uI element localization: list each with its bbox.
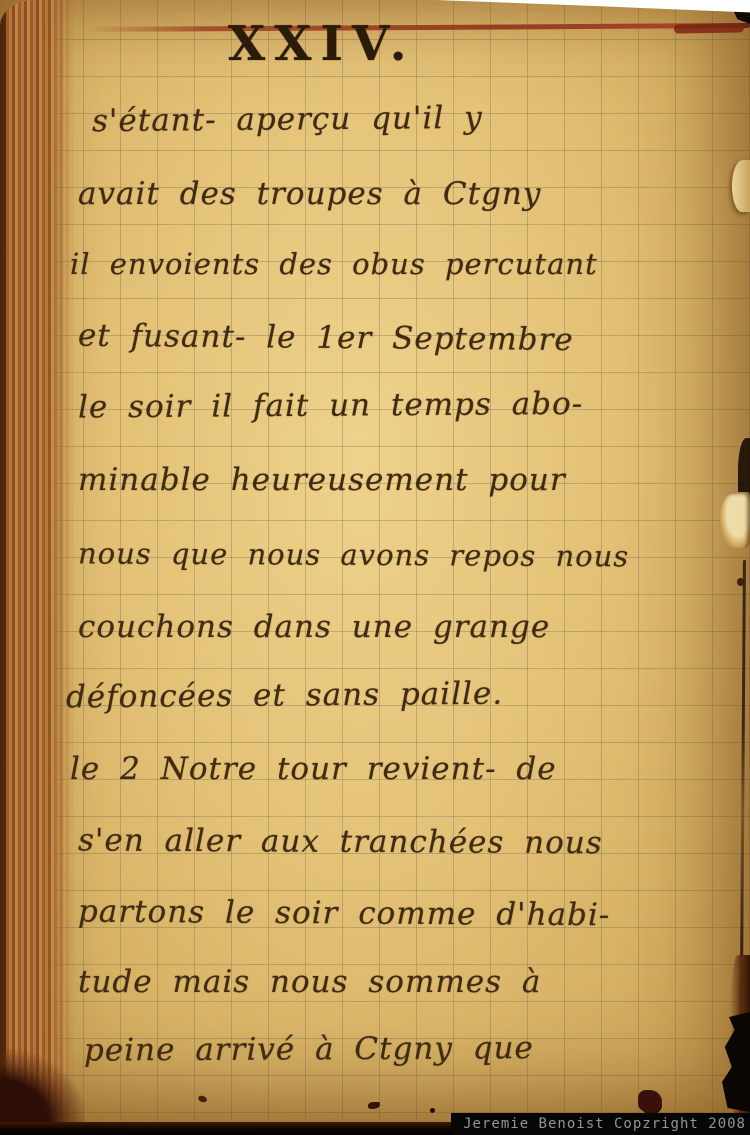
handwritten-line: avait des troupes à Ctgny	[0, 176, 750, 212]
handwritten-line: minable heureusement pour	[0, 462, 750, 498]
notebook-photo: XXIV. s'étant- aperçu qu'il y avait des …	[0, 0, 750, 1135]
paper-crumple-right-mid	[720, 492, 750, 548]
stain-bottom-left-corner	[0, 1049, 85, 1129]
chapter-heading: XXIV.	[0, 16, 750, 72]
handwritten-line: s'étant- aperçu qu'il y	[0, 97, 750, 140]
handwritten-line: s'en aller aux tranchées nous	[0, 822, 750, 862]
handwritten-line: défoncées et sans paille.	[0, 673, 750, 716]
handwritten-line: il envoients des obus percutant	[0, 247, 750, 281]
handwritten-line: et fusant- le 1er Septembre	[0, 317, 750, 360]
paper-crumple-right-upper	[732, 160, 750, 212]
handwritten-line: partons le soir comme d'habi-	[0, 893, 750, 934]
copyright-watermark: Jeremie Benoist Copzright 2008	[463, 1116, 746, 1132]
handwritten-line: le soir il fait un temps abo-	[0, 385, 750, 426]
ink-speck	[430, 1108, 435, 1113]
handwritten-line: le 2 Notre tour revient- de	[0, 751, 750, 787]
ink-speck	[638, 1090, 662, 1112]
red-smudge-top-right	[674, 23, 744, 33]
ink-speck	[737, 578, 744, 586]
handwritten-line: nous que nous avons repos nous	[0, 536, 750, 574]
watermark-band: Jeremie Benoist Copzright 2008	[451, 1113, 750, 1135]
handwritten-line: tude mais nous sommes à	[0, 964, 750, 1000]
notebook-page: XXIV. s'étant- aperçu qu'il y avait des …	[0, 0, 750, 1135]
handwritten-line: couchons dans une grange	[0, 609, 750, 645]
handwritten-line: peine arrivé à Ctgny que	[0, 1029, 750, 1069]
